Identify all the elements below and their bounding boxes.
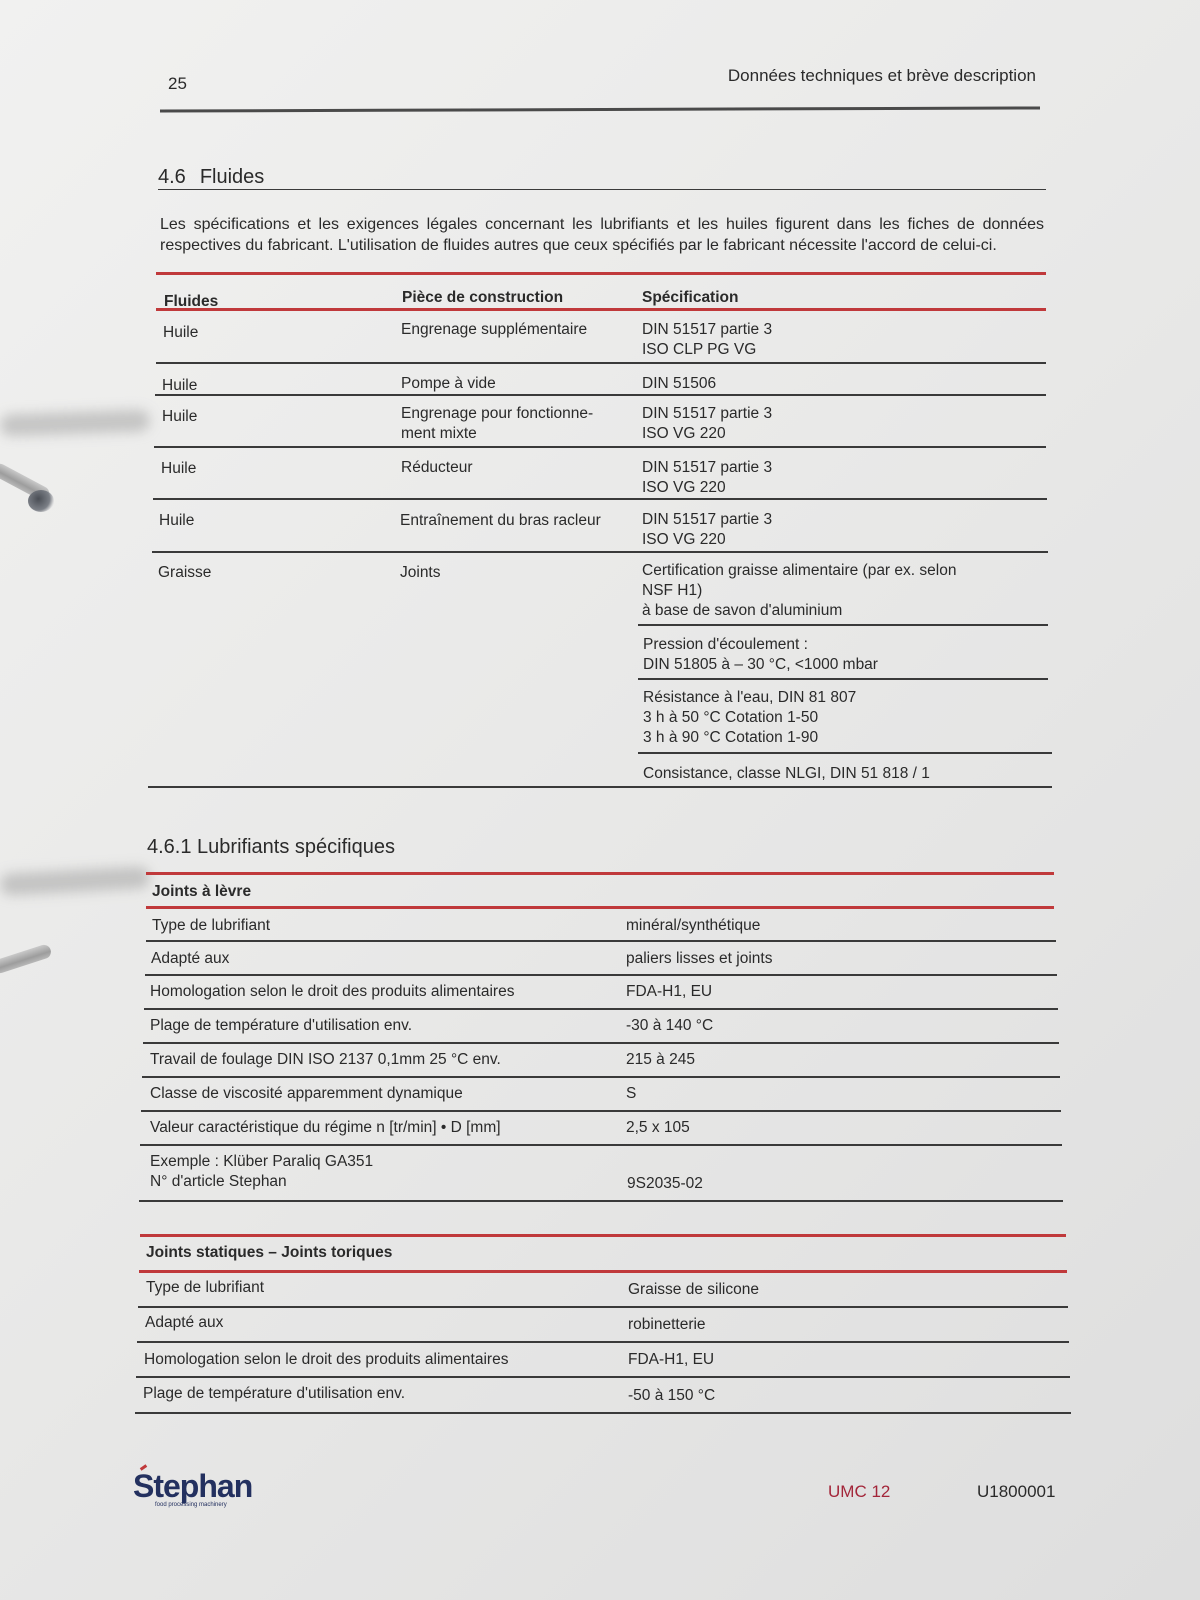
document-page: 25 Données techniques et brève descripti… [0, 0, 1200, 1600]
static-row-2-value: robinetterie [628, 1315, 706, 1335]
table-row-3-spec: DIN 51517 partie 3 ISO VG 220 [642, 404, 772, 444]
binder-ring-shadow [0, 409, 150, 436]
lip-row-1-value: minéral/synthétique [626, 916, 760, 936]
table-row-4-spec: DIN 51517 partie 3 ISO VG 220 [642, 458, 772, 498]
footer-document-id: U1800001 [977, 1482, 1055, 1502]
lip-row-3-value: FDA-H1, EU [626, 982, 712, 1002]
section-number: 4.6.1 [147, 836, 191, 858]
lip-row-6-value: S [626, 1084, 636, 1104]
lip-row-8-label: Exemple : Klüber Paraliq GA351 N° d'arti… [150, 1152, 373, 1192]
table-rule-bottom [135, 1412, 1071, 1414]
static-row-2-label: Adapté aux [145, 1313, 223, 1333]
table-header-rule [146, 906, 1054, 909]
table-row-2-fluid: Huile [162, 376, 197, 396]
page-number: 25 [168, 74, 187, 94]
table-row-3-part: Engrenage pour fonctionne- ment mixte [401, 404, 593, 444]
static-row-3-value: FDA-H1, EU [628, 1350, 714, 1370]
spec-rule [638, 624, 1048, 626]
static-row-1-label: Type de lubrifiant [146, 1278, 264, 1298]
lip-row-8-value: 9S2035-02 [627, 1174, 703, 1194]
static-row-3-label: Homologation selon le droit des produits… [144, 1350, 508, 1370]
table-rule-top [156, 272, 1046, 275]
table-row-1-spec: DIN 51517 partie 3 ISO CLP PG VG [642, 320, 772, 360]
row-rule [156, 362, 1046, 364]
table-row-1-fluid: Huile [163, 323, 198, 343]
row-rule [154, 446, 1046, 448]
logo-tagline: food processing machinery [155, 1502, 227, 1508]
table-header-spec: Spécification [642, 288, 738, 308]
row-rule [142, 1076, 1060, 1078]
row-rule [152, 551, 1048, 553]
section-rule [158, 189, 1046, 190]
row-rule [144, 1008, 1058, 1010]
row-rule [146, 940, 1056, 942]
table-rule-bottom [139, 1200, 1063, 1202]
lip-row-3-label: Homologation selon le droit des produits… [150, 982, 514, 1002]
footer-model: UMC 12 [828, 1482, 890, 1502]
company-logo: Stephan food processing machinery [133, 1468, 252, 1505]
row-rule [138, 1306, 1068, 1308]
table-row-2-part: Pompe à vide [401, 374, 496, 394]
table-row-4-part: Réducteur [401, 458, 473, 478]
lip-row-5-label: Travail de foulage DIN ISO 2137 0,1mm 25… [150, 1050, 501, 1070]
table-rule-top [140, 1234, 1066, 1237]
spec-rule [638, 678, 1048, 680]
binder-ring-shadow [0, 866, 150, 896]
table-header-rule [139, 1270, 1067, 1273]
grease-spec-flow-pressure: Pression d'écoulement : DIN 51805 à – 30… [643, 635, 878, 675]
binder-ring [0, 943, 53, 975]
lip-row-6-label: Classe de viscosité apparemment dynamiqu… [150, 1084, 463, 1104]
header-rule [160, 106, 1040, 112]
lip-row-4-value: -30 à 140 °C [626, 1016, 713, 1036]
lip-row-5-value: 215 à 245 [626, 1050, 695, 1070]
table-row-3-fluid: Huile [162, 407, 197, 427]
table-header-rule [156, 308, 1046, 311]
lip-seals-heading: Joints à lèvre [152, 882, 251, 902]
table-rule-top [146, 872, 1054, 875]
grease-spec-consistency: Consistance, classe NLGI, DIN 51 818 / 1 [643, 764, 930, 784]
lip-row-4-label: Plage de température d'utilisation env. [150, 1016, 412, 1036]
row-rule [143, 1042, 1059, 1044]
logo-wordmark: Stephan [133, 1468, 252, 1504]
table-row-6-spec: Certification graisse alimentaire (par e… [642, 561, 956, 621]
table-row-6-fluid: Graisse [158, 563, 211, 583]
spec-rule [638, 752, 1052, 754]
row-rule [153, 498, 1047, 500]
table-row-6-part: Joints [400, 563, 441, 583]
row-rule [140, 1144, 1062, 1146]
lip-row-2-label: Adapté aux [151, 949, 229, 969]
grease-spec-water-resistance: Résistance à l'eau, DIN 81 807 3 h à 50 … [643, 688, 856, 748]
binder-hole [28, 490, 54, 512]
table-row-1-part: Engrenage supplémentaire [401, 320, 587, 340]
table-row-4-fluid: Huile [161, 459, 196, 479]
table-row-2-spec: DIN 51506 [642, 374, 716, 394]
lip-row-1-label: Type de lubrifiant [152, 916, 270, 936]
table-header-part: Pièce de construction [402, 288, 563, 308]
section-heading: Fluides [200, 166, 264, 188]
table-row-5-part: Entraînement du bras racleur [400, 511, 601, 531]
lip-row-7-value: 2,5 x 105 [626, 1118, 690, 1138]
row-rule [141, 1110, 1061, 1112]
row-rule [155, 394, 1046, 396]
section-title-fluids: 4.6Fluides [158, 166, 264, 189]
static-row-1-value: Graisse de silicone [628, 1280, 759, 1300]
row-rule [136, 1376, 1070, 1378]
static-row-4-value: -50 à 150 °C [628, 1386, 715, 1406]
row-rule [137, 1341, 1069, 1343]
table-rule-bottom [148, 786, 1052, 788]
intro-paragraph: Les spécifications et les exigences léga… [160, 214, 1044, 256]
header-title: Données techniques et brève description [728, 66, 1036, 86]
lip-row-7-label: Valeur caractéristique du régime n [tr/m… [150, 1118, 501, 1138]
lip-row-2-value: paliers lisses et joints [626, 949, 772, 969]
table-row-5-fluid: Huile [159, 511, 194, 531]
table-row-5-spec: DIN 51517 partie 3 ISO VG 220 [642, 510, 772, 550]
static-seals-heading: Joints statiques – Joints toriques [146, 1243, 392, 1263]
static-row-4-label: Plage de température d'utilisation env. [143, 1384, 405, 1404]
section-number: 4.6 [158, 166, 186, 188]
section-heading: Lubrifiants spécifiques [197, 836, 395, 858]
section-title-lubricants: 4.6.1 Lubrifiants spécifiques [147, 836, 395, 859]
row-rule [145, 974, 1057, 976]
